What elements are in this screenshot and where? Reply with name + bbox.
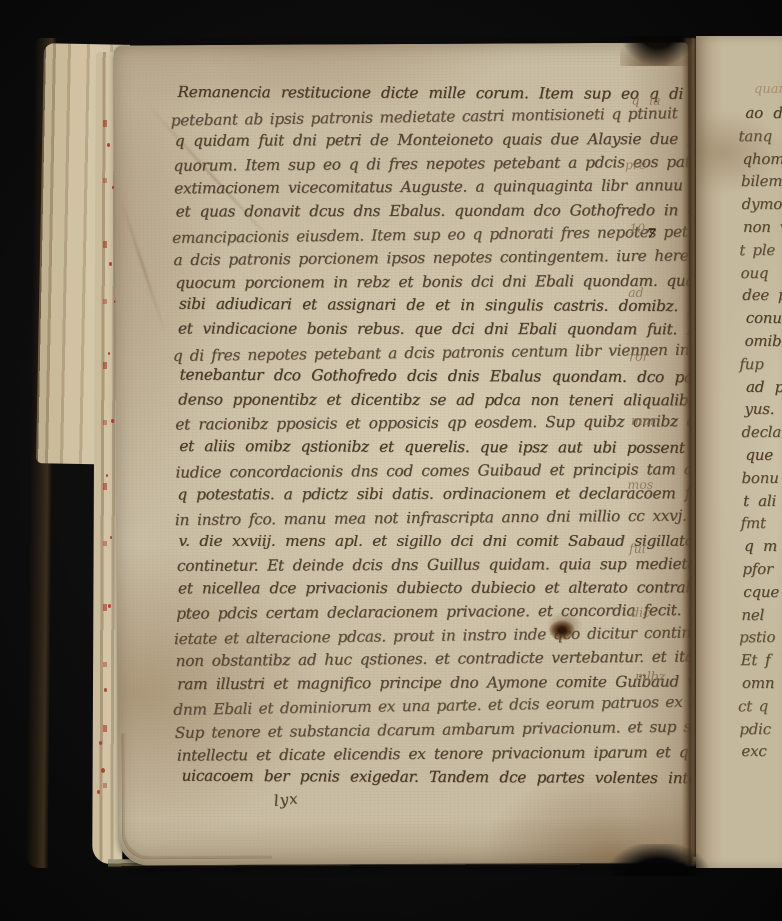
bleedthrough-fragment: ful [629, 516, 690, 581]
left-folio-page: Remanencia restitucione dicte mille coru… [114, 43, 692, 866]
manuscript-line: extimacionem vicecomitatus Auguste. a qu… [174, 175, 674, 202]
manuscript-line: uicacoem ber pcnis exigedar. Tandem dce … [182, 765, 682, 791]
catchword: lyx [273, 789, 300, 810]
manuscript-line: intellectu et dicate elicendis ex tenore… [177, 741, 677, 768]
red-speck [108, 352, 110, 355]
right-page-line-fragment: t ple [739, 239, 782, 262]
right-folio-page: quam ao detanqqhombilemdymonon vt pleouq… [696, 36, 782, 868]
right-page-line-fragment: fmt [741, 512, 782, 535]
manuscript-line: denso pponentibz et dicentibz se ad pdca… [178, 388, 678, 412]
right-page-line-fragment: bonu [741, 467, 782, 490]
manuscript-line: iudice concordacionis dns cod comes Guib… [176, 458, 676, 485]
manuscript-line: sibi adiudicari et assignari de et in si… [179, 293, 679, 319]
manuscript-line: q potestatis. a pdictz sibi datis. ordin… [177, 482, 677, 507]
right-page-line-fragment: que [745, 444, 782, 467]
bleedthrough-fragment: pre [625, 132, 686, 197]
manuscript-photo: Remanencia restitucione dicte mille coru… [0, 0, 782, 921]
manuscript-line: q quidam fuit dni petri de Monteioneto q… [175, 128, 675, 154]
right-page-line-fragment: tanq [738, 125, 782, 148]
right-page-line-fragment: non v [743, 216, 782, 239]
right-page-line-fragment: pstio [739, 626, 782, 649]
right-page-line-fragment: conut [746, 307, 782, 330]
red-speck [111, 419, 114, 423]
right-page-line-fragment: q m [744, 535, 782, 558]
manuscript-line: et vindicacione bonis rebus. que dci dni… [178, 317, 678, 341]
red-speck [109, 262, 112, 266]
right-page-line-fragment: bilem [741, 170, 782, 193]
right-page-line-fragment: ad pa [746, 375, 782, 398]
right-page-line-fragment: pfor [742, 558, 782, 581]
right-page-header-fragment: quam [754, 82, 782, 97]
right-page-line-fragment: decla [741, 421, 782, 444]
red-speck [99, 741, 102, 745]
right-page-line-fragment: Et f [741, 649, 782, 672]
red-speck [97, 790, 100, 794]
gutter-bottom-shadow [608, 844, 708, 876]
right-page-line-fragment: omn [742, 672, 782, 695]
right-page-line-fragment: omib [745, 330, 782, 353]
bleedthrough-fragment: mos [627, 452, 688, 517]
manuscript-line: tenebantur dco Gothofredo dcis dnis Ebal… [180, 364, 680, 390]
right-page-line-fragment: cque [743, 581, 782, 604]
quire-mark: 7 [647, 227, 656, 242]
manuscript-line: continetur. Et deinde dcis dns Guillus q… [177, 553, 677, 579]
manuscript-line: et aliis omibz qstionibz et querelis. qu… [179, 435, 679, 460]
right-page-line-fragment: yus. [744, 398, 782, 421]
right-page-line-fragment: ct q [738, 694, 782, 717]
bleedthrough-fragment: ror [629, 324, 689, 388]
right-page-line-fragment: fup [739, 353, 782, 376]
manuscript-text-block: Remanencia restitucione dicte mille coru… [174, 81, 678, 791]
red-speck [104, 688, 107, 692]
book-gutter-fold [682, 38, 698, 866]
bleedthrough-fragment: ad [628, 260, 689, 324]
red-speck [106, 474, 108, 477]
red-speck [107, 143, 110, 147]
right-page-line-fragment: exc [741, 740, 782, 763]
red-speck [108, 604, 111, 608]
bleedthrough-fragment: 10 [629, 197, 689, 261]
right-page-line-fragment: pdic [739, 717, 782, 740]
right-page-line-fragment: ao de [745, 102, 782, 125]
manuscript-line: non obstantibz ad huc qstiones. et contr… [176, 646, 676, 674]
red-speck [110, 536, 112, 539]
right-page-line-fragment: dee p [742, 284, 782, 307]
red-speck [101, 768, 105, 773]
manuscript-line: a dcis patronis porcionem ipsos nepotes … [173, 245, 673, 273]
manuscript-line: et racionibz pposicis et opposicis qp eo… [175, 411, 675, 438]
right-page-line-fragment: dymo [742, 193, 782, 216]
manuscript-line: et nicellea dce privacionis dubiecto dub… [178, 577, 678, 602]
right-page-text-column: ao detanqqhombilemdymonon vt pleouqdee p… [742, 102, 782, 763]
right-page-line-fragment: qhom [742, 148, 782, 171]
gutter-top-notch [620, 36, 696, 66]
right-page-line-fragment: nel [741, 603, 782, 626]
ink-blot [549, 620, 575, 640]
manuscript-line: quocum porcionem in rebz et bonis dci dn… [175, 270, 675, 296]
manuscript-line: v. die xxviij. mens apl. et sigillo dci … [179, 530, 679, 554]
manuscript-line: in instro fco. manu mea not infrascripta… [175, 504, 675, 532]
right-page-line-fragment: ouq [741, 261, 782, 284]
right-page-line-fragment: t ali [743, 489, 782, 512]
manuscript-line: et quas donavit dcus dns Ebalus. quondam… [176, 199, 676, 224]
